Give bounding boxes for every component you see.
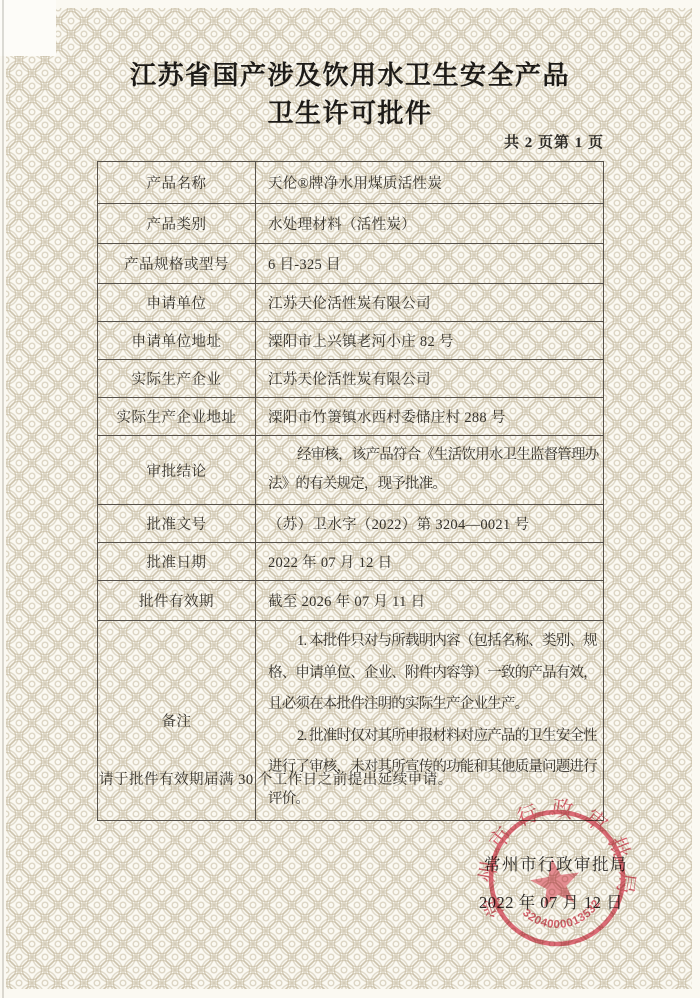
- row-value: 江苏天伦活性炭有限公司: [256, 360, 604, 398]
- page-indicator: 共 2 页第 1 页: [504, 131, 604, 152]
- row-value: 水处理材料（活性炭）: [256, 204, 604, 244]
- document-title: 江苏省国产涉及饮用水卫生安全产品 卫生许可批件: [0, 57, 700, 133]
- permit-table-body: 产品名称天伦®牌净水用煤质活性炭产品类别水处理材料（活性炭）产品规格或型号6 目…: [98, 162, 604, 821]
- row-label: 实际生产企业: [98, 360, 256, 398]
- official-seal-stamp: 常州市行政审批局 3204000013532: [462, 783, 652, 973]
- row-label: 申请单位: [98, 284, 256, 322]
- star-icon: [528, 855, 584, 909]
- table-row: 批准文号（苏）卫水字（2022）第 3204—0021 号: [98, 505, 604, 543]
- table-row: 实际生产企业地址溧阳市竹箦镇水西村委储庄村 288 号: [98, 398, 604, 436]
- row-label: 申请单位地址: [98, 322, 256, 360]
- row-value: 2022 年 07 月 12 日: [256, 543, 604, 581]
- table-row: 产品类别水处理材料（活性炭）: [98, 204, 604, 244]
- row-value-paragraph: 经审核，该产品符合《生活饮用水卫生监督管理办法》的有关规定，现予批准。: [268, 441, 602, 499]
- row-label: 审批结论: [98, 436, 256, 505]
- row-label: 备注: [98, 621, 256, 821]
- row-label: 产品类别: [98, 204, 256, 244]
- table-row: 批件有效期截至 2026 年 07 月 11 日: [98, 581, 604, 621]
- scan-corner-blank: [0, 0, 56, 56]
- row-label: 实际生产企业地址: [98, 398, 256, 436]
- permit-table: 产品名称天伦®牌净水用煤质活性炭产品类别水处理材料（活性炭）产品规格或型号6 目…: [97, 161, 604, 821]
- table-row: 批准日期2022 年 07 月 12 日: [98, 543, 604, 581]
- row-value: 江苏天伦活性炭有限公司: [256, 284, 604, 322]
- row-label: 产品名称: [98, 162, 256, 204]
- row-label: 批准文号: [98, 505, 256, 543]
- table-row: 产品规格或型号6 目-325 目: [98, 244, 604, 284]
- row-label: 产品规格或型号: [98, 244, 256, 284]
- document-title-line1: 江苏省国产涉及饮用水卫生安全产品: [0, 57, 700, 95]
- table-row: 审批结论经审核，该产品符合《生活饮用水卫生监督管理办法》的有关规定，现予批准。: [98, 436, 604, 505]
- row-label: 批件有效期: [98, 581, 256, 621]
- document-title-line2: 卫生许可批件: [0, 95, 700, 133]
- row-value: 截至 2026 年 07 月 11 日: [256, 581, 604, 621]
- row-value: 溧阳市上兴镇老河小庄 82 号: [256, 322, 604, 360]
- scan-edge-line: [2, 0, 4, 998]
- row-value: 经审核，该产品符合《生活饮用水卫生监督管理办法》的有关规定，现予批准。: [256, 436, 604, 505]
- table-row: 产品名称天伦®牌净水用煤质活性炭: [98, 162, 604, 204]
- row-label: 批准日期: [98, 543, 256, 581]
- table-row: 申请单位江苏天伦活性炭有限公司: [98, 284, 604, 322]
- row-value-paragraph: 1. 本批件只对与所载明内容（包括名称、类别、规格、申请单位、企业、附件内容等）…: [268, 626, 602, 721]
- row-value: 溧阳市竹箦镇水西村委储庄村 288 号: [256, 398, 604, 436]
- table-row: 申请单位地址溧阳市上兴镇老河小庄 82 号: [98, 322, 604, 360]
- row-value: 天伦®牌净水用煤质活性炭: [256, 162, 604, 204]
- permit-document-page: 江苏省国产涉及饮用水卫生安全产品 卫生许可批件 共 2 页第 1 页 产品名称天…: [0, 0, 700, 998]
- row-value: （苏）卫水字（2022）第 3204—0021 号: [256, 505, 604, 543]
- row-value: 6 目-325 目: [256, 244, 604, 284]
- table-row: 实际生产企业江苏天伦活性炭有限公司: [98, 360, 604, 398]
- footer-note: 请于批件有效期届满 30 个工作日之前提出延续申请。: [99, 768, 453, 789]
